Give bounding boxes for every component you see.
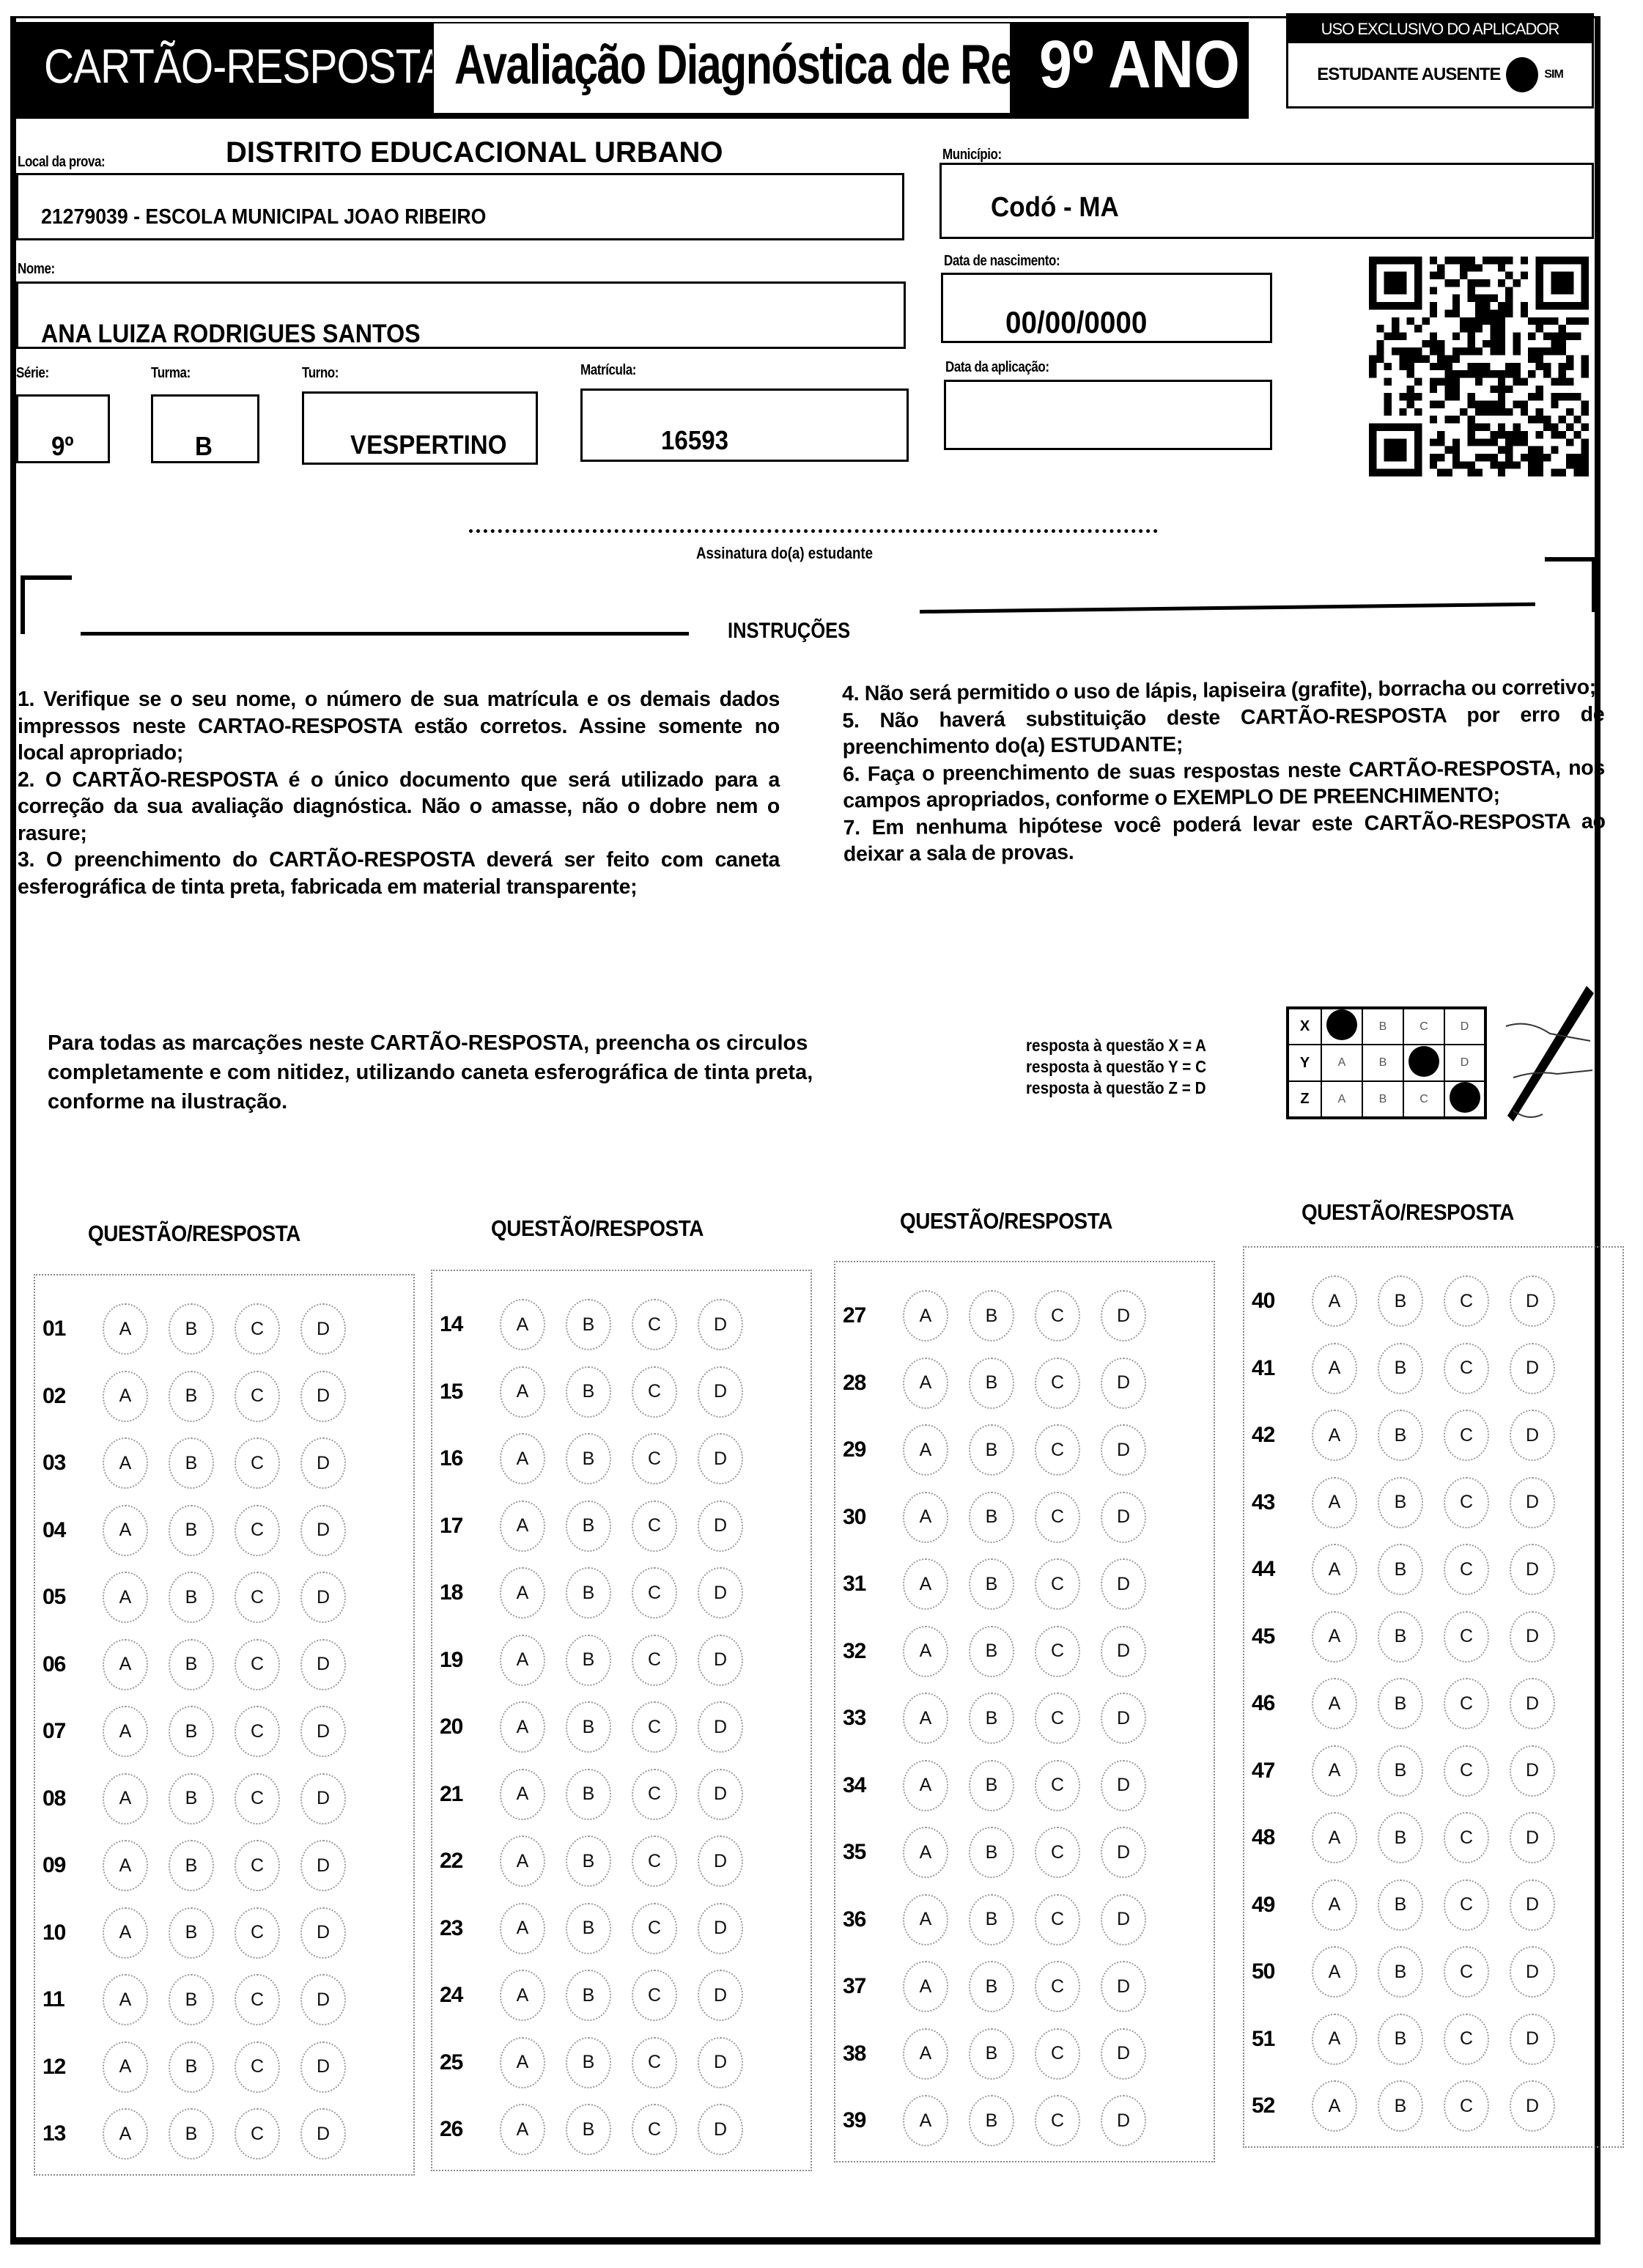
answer-bubble-b[interactable]: B [169, 1907, 214, 1959]
answer-bubble-b[interactable]: B [566, 1433, 611, 1484]
answer-bubble-a[interactable]: A [1312, 1879, 1357, 1931]
answer-bubble-d[interactable]: D [1101, 1358, 1146, 1409]
answer-bubble-c[interactable]: C [1035, 1492, 1080, 1543]
question-number: 15 [440, 1380, 500, 1404]
instructions-title: INSTRUÇÕES [728, 619, 850, 644]
answer-bubble-c[interactable]: C [1444, 1343, 1489, 1394]
question-number: 36 [843, 1907, 903, 1932]
answer-bubble-c[interactable]: C [1035, 1894, 1080, 1945]
answer-bubble-a[interactable]: A [500, 1970, 545, 2021]
answer-bubble-b[interactable]: B [1378, 1946, 1423, 1998]
answer-bubble-a[interactable]: A [500, 1567, 545, 1619]
answer-bubble-a[interactable]: A [500, 1635, 545, 1686]
example-option: B [1362, 1008, 1403, 1045]
answer-bubble-a[interactable]: A [500, 1769, 545, 1820]
question-number: 52 [1252, 2094, 1312, 2118]
answer-bubble-b[interactable]: B [969, 1760, 1014, 1811]
answer-bubble-c[interactable]: C [235, 1907, 280, 1959]
answer-bubble-a[interactable]: A [500, 1836, 545, 1887]
answer-bubble-d[interactable]: D [698, 1366, 743, 1418]
answer-bubble-a[interactable]: A [903, 1894, 948, 1945]
answer-bubble-d[interactable]: D [698, 1433, 743, 1484]
answer-bubble-c[interactable]: C [632, 1970, 677, 2021]
answer-bubble-a[interactable]: A [500, 1701, 545, 1753]
answer-bubble-b[interactable]: B [1378, 1745, 1423, 1797]
answer-bubble-d[interactable]: D [1510, 1879, 1555, 1931]
example-option [1444, 1081, 1485, 1118]
answer-bubble-a[interactable]: A [103, 1639, 148, 1690]
answer-bubble-c[interactable]: C [1035, 2028, 1080, 2080]
answer-bubble-d[interactable]: D [698, 1299, 743, 1350]
answer-bubble-d[interactable]: D [1510, 1275, 1555, 1327]
answer-bubble-a[interactable]: A [1312, 2080, 1357, 2132]
answer-bubble-c[interactable]: C [1444, 1678, 1489, 1729]
answer-bubble-d[interactable]: D [698, 1701, 743, 1753]
answer-bubble-c[interactable]: C [1444, 1946, 1489, 1998]
answer-bubble-b[interactable]: B [969, 1290, 1014, 1341]
question-row: 33ABCD [843, 1693, 1167, 1744]
answer-bubble-b[interactable]: B [969, 1492, 1014, 1543]
answer-bubble-b[interactable]: B [969, 1827, 1014, 1878]
serie-label: Série: [16, 365, 49, 382]
turno-value: VESPERTINO [350, 430, 506, 460]
absent-label: ESTUDANTE AUSENTE [1317, 65, 1500, 85]
example-option: A [1321, 1045, 1362, 1081]
answer-bubble-a[interactable]: A [500, 1299, 545, 1350]
question-number: 14 [440, 1312, 500, 1337]
answer-bubble-c[interactable]: C [632, 2104, 677, 2155]
question-number: 35 [843, 1840, 903, 1865]
answer-bubble-a[interactable]: A [500, 1903, 545, 1954]
answer-bubble-a[interactable]: A [903, 1961, 948, 2012]
question-row: 20ABCD [440, 1701, 764, 1753]
answer-bubble-c[interactable]: C [235, 2108, 280, 2160]
answer-bubble-c[interactable]: C [1035, 1760, 1080, 1811]
answer-bubble-a[interactable]: A [500, 1366, 545, 1418]
question-row: 38ABCD [843, 2028, 1167, 2080]
answer-bubble-b[interactable]: B [169, 1840, 214, 1891]
answer-bubble-a[interactable]: A [1312, 1678, 1357, 1729]
absent-option-label: SIM [1544, 68, 1562, 81]
answer-bubble-c[interactable]: C [632, 1903, 677, 1954]
answer-bubble-a[interactable]: A [103, 1437, 148, 1489]
answer-bubble-c[interactable]: C [1444, 1812, 1489, 1863]
question-number: 31 [843, 1572, 903, 1597]
answer-bubble-d[interactable]: D [300, 2108, 346, 2160]
example-option [1403, 1045, 1444, 1081]
answer-bubble-b[interactable]: B [969, 2095, 1014, 2146]
answer-bubble-c[interactable]: C [235, 2041, 280, 2093]
answer-bubble-a[interactable]: A [1312, 1410, 1357, 1461]
answer-bubble-b[interactable]: B [566, 1836, 611, 1887]
answer-bubble-b[interactable]: B [1378, 1275, 1423, 1327]
answer-bubble-c[interactable]: C [1444, 1745, 1489, 1797]
signature-line [469, 529, 1158, 533]
answer-bubble-b[interactable]: B [1378, 2080, 1423, 2132]
answer-bubble-d[interactable]: D [1510, 1343, 1555, 1394]
answer-bubble-b[interactable]: B [1378, 1812, 1423, 1863]
question-row: 30ABCD [843, 1492, 1167, 1543]
answer-bubble-d[interactable]: D [300, 1773, 346, 1825]
example-option-letter: C [1419, 1093, 1428, 1105]
filled-bubble-icon [1408, 1046, 1439, 1077]
question-row: 46ABCD [1252, 1678, 1576, 1729]
question-number: 51 [1252, 2027, 1312, 2052]
answer-bubble-c[interactable]: C [1035, 1424, 1080, 1476]
answer-bubble-b[interactable]: B [1378, 1410, 1423, 1461]
question-column-heading: QUESTÃO/RESPOSTA [900, 1208, 1112, 1234]
answer-bubble-a[interactable]: A [903, 1358, 948, 1409]
answer-bubble-d[interactable]: D [1101, 1760, 1146, 1811]
answer-bubble-c[interactable]: C [1035, 2095, 1080, 2146]
answer-bubble-d[interactable]: D [1510, 1410, 1555, 1461]
grade-label: 9º ANO [1039, 26, 1240, 103]
answer-bubble-b[interactable]: B [566, 1903, 611, 1954]
answer-bubble-a[interactable]: A [1312, 1544, 1357, 1595]
answer-bubble-b[interactable]: B [566, 1701, 611, 1753]
question-number: 27 [843, 1303, 903, 1328]
answer-bubble-b[interactable]: B [169, 1773, 214, 1825]
answer-bubble-c[interactable]: C [235, 1505, 280, 1556]
question-number: 42 [1252, 1423, 1312, 1448]
question-number: 04 [43, 1518, 103, 1543]
answer-bubble-d[interactable]: D [300, 1505, 346, 1556]
instruction-6: 6. Faça o preenchimento de suas resposta… [843, 754, 1606, 814]
answer-bubble-b[interactable]: B [1378, 1544, 1423, 1595]
answer-bubble-a[interactable]: A [1312, 1611, 1357, 1663]
answer-bubble-d[interactable]: D [300, 1639, 346, 1690]
answer-bubble-d[interactable]: D [1101, 1558, 1146, 1610]
answer-bubble-b[interactable]: B [169, 1437, 214, 1489]
filled-bubble-icon [1450, 1082, 1480, 1113]
answer-bubble-c[interactable]: C [235, 1371, 280, 1422]
answer-bubble-d[interactable]: D [1510, 1477, 1555, 1528]
question-row: 17ABCD [440, 1501, 764, 1552]
answer-bubble-b[interactable]: B [1378, 2014, 1423, 2065]
answer-bubble-d[interactable]: D [698, 1635, 743, 1686]
answer-bubble-a[interactable]: A [903, 1626, 948, 1677]
answer-bubble-a[interactable]: A [500, 2037, 545, 2088]
answer-bubble-d[interactable]: D [698, 1903, 743, 1954]
instructions-left: 1. Verifique se o seu nome, o número de … [18, 686, 780, 900]
answer-bubble-d[interactable]: D [1510, 1812, 1555, 1863]
answer-bubble-a[interactable]: A [1312, 1812, 1357, 1863]
answer-bubble-d[interactable]: D [300, 1974, 346, 2025]
question-number: 29 [843, 1437, 903, 1462]
answer-bubble-b[interactable]: B [566, 1567, 611, 1619]
answer-bubble-d[interactable]: D [1101, 1424, 1146, 1476]
answer-bubble-d[interactable]: D [1101, 1626, 1146, 1677]
instruction-7: 7. Em nenhuma hipótese você poderá levar… [843, 808, 1606, 868]
answer-bubble-d[interactable]: D [1101, 1290, 1146, 1341]
question-row: 31ABCD [843, 1558, 1167, 1610]
answer-bubble-c[interactable]: C [235, 1437, 280, 1489]
answer-bubble-a[interactable]: A [103, 2041, 148, 2093]
question-row: 47ABCD [1252, 1745, 1576, 1797]
answer-bubble-a[interactable]: A [1312, 1946, 1357, 1998]
question-row: 41ABCD [1252, 1343, 1576, 1394]
answer-bubble-c[interactable]: C [1035, 1558, 1080, 1610]
answer-bubble-c[interactable]: C [1444, 1611, 1489, 1663]
answer-bubble-c[interactable]: C [632, 1501, 677, 1552]
question-row: 49ABCD [1252, 1879, 1576, 1931]
answer-bubble-a[interactable]: A [103, 1371, 148, 1422]
answer-bubble-d[interactable]: D [1101, 1894, 1146, 1945]
answer-bubble-d[interactable]: D [1510, 1678, 1555, 1729]
answer-bubble-d[interactable]: D [698, 2037, 743, 2088]
example-row: ZABC [1288, 1081, 1485, 1118]
answer-bubble-c[interactable]: C [1035, 1290, 1080, 1341]
answer-bubble-b[interactable]: B [566, 2104, 611, 2155]
question-row: 24ABCD [440, 1970, 764, 2021]
question-row: 11ABCD [43, 1974, 366, 2025]
answer-bubble-c[interactable]: C [632, 1635, 677, 1686]
question-row: 45ABCD [1252, 1611, 1576, 1663]
answer-bubble-a[interactable]: A [500, 2104, 545, 2155]
answer-bubble-b[interactable]: B [969, 1894, 1014, 1945]
question-number: 45 [1252, 1624, 1312, 1649]
answer-bubble-c[interactable]: C [632, 1836, 677, 1887]
question-number: 50 [1252, 1959, 1312, 1984]
answer-bubble-c[interactable]: C [235, 1572, 280, 1623]
answer-bubble-a[interactable]: A [103, 1773, 148, 1825]
answer-bubble-c[interactable]: C [632, 1299, 677, 1350]
question-row: 40ABCD [1252, 1275, 1576, 1327]
answer-bubble-c[interactable]: C [632, 1769, 677, 1820]
example-option-letter: B [1379, 1020, 1387, 1033]
answer-bubble-a[interactable]: A [903, 1492, 948, 1543]
question-number: 13 [43, 2121, 103, 2146]
example-option-letter: D [1461, 1020, 1469, 1033]
answer-bubble-c[interactable]: C [1444, 2014, 1489, 2065]
example-row-label: Z [1288, 1081, 1321, 1118]
answer-bubble-d[interactable]: D [698, 1501, 743, 1552]
answer-bubble-d[interactable]: D [1101, 2028, 1146, 2080]
question-row: 18ABCD [440, 1567, 764, 1619]
answer-bubble-a[interactable]: A [903, 1290, 948, 1341]
answer-bubble-d[interactable]: D [300, 2041, 346, 2093]
answer-bubble-d[interactable]: D [1510, 1745, 1555, 1797]
question-row: 07ABCD [43, 1706, 366, 1757]
answer-bubble-a[interactable]: A [1312, 1477, 1357, 1528]
answer-bubble-b[interactable]: B [1378, 1477, 1423, 1528]
answer-bubble-d[interactable]: D [1510, 1544, 1555, 1595]
answer-bubble-b[interactable]: B [1378, 1879, 1423, 1931]
question-number: 49 [1252, 1893, 1312, 1918]
question-number: 16 [440, 1446, 500, 1471]
instruction-2: 2. O CARTÃO-RESPOSTA é o único documento… [18, 767, 780, 847]
example-option-letter: B [1379, 1056, 1387, 1069]
answer-bubble-b[interactable]: B [566, 1769, 611, 1820]
answer-bubble-d[interactable]: D [1101, 1492, 1146, 1543]
answer-bubble-a[interactable]: A [903, 1558, 948, 1610]
answer-bubble-c[interactable]: C [235, 1773, 280, 1825]
answer-bubble-c[interactable]: C [235, 1706, 280, 1757]
answer-bubble-d[interactable]: D [1101, 1827, 1146, 1878]
question-row: 22ABCD [440, 1836, 764, 1887]
answer-bubble-b[interactable]: B [969, 1626, 1014, 1677]
example-option: A [1321, 1081, 1362, 1118]
answer-bubble-a[interactable]: A [103, 1706, 148, 1757]
answer-bubble-d[interactable]: D [1101, 2095, 1146, 2146]
sheet-title: CARTÃO-RESPOSTA [44, 38, 444, 94]
answer-bubble-d[interactable]: D [1510, 2014, 1555, 2065]
answer-bubble-c[interactable]: C [1444, 1477, 1489, 1528]
answer-bubble-a[interactable]: A [103, 2108, 148, 2160]
answer-bubble-c[interactable]: C [1035, 1827, 1080, 1878]
answer-bubble-c[interactable]: C [1444, 1544, 1489, 1595]
answer-bubble-c[interactable]: C [632, 1567, 677, 1619]
answer-bubble-b[interactable]: B [169, 1639, 214, 1690]
answer-bubble-a[interactable]: A [103, 1974, 148, 2025]
question-number: 12 [43, 2055, 103, 2080]
example-row: XBCD [1288, 1008, 1485, 1045]
answer-bubble-a[interactable]: A [103, 1907, 148, 1959]
answer-bubble-d[interactable]: D [300, 1371, 346, 1422]
answer-bubble-c[interactable]: C [632, 1701, 677, 1753]
answer-bubble-a[interactable]: A [903, 1760, 948, 1811]
answer-bubble-d[interactable]: D [698, 1567, 743, 1619]
answer-bubble-d[interactable]: D [300, 1437, 346, 1489]
question-row: 04ABCD [43, 1505, 366, 1556]
corner-mark-top-right [1545, 557, 1596, 612]
answer-bubble-d[interactable]: D [698, 1836, 743, 1887]
answer-bubble-b[interactable]: B [169, 1572, 214, 1623]
answer-bubble-b[interactable]: B [169, 1371, 214, 1422]
pen-hand-illustration-icon [1484, 982, 1594, 1144]
question-number: 08 [43, 1786, 103, 1811]
answer-bubble-a[interactable]: A [903, 2028, 948, 2080]
instructions-right: 4. Não será permitido o uso de lápis, la… [842, 674, 1606, 868]
answer-bubble-a[interactable]: A [1312, 1343, 1357, 1394]
answer-bubble-d[interactable]: D [1510, 1611, 1555, 1663]
answer-bubble-c[interactable]: C [1444, 2080, 1489, 2132]
answer-bubble-a[interactable]: A [903, 1424, 948, 1476]
answer-bubble-c[interactable]: C [1444, 1879, 1489, 1931]
answer-bubble-d[interactable]: D [698, 1970, 743, 2021]
answer-bubble-c[interactable]: C [632, 1366, 677, 1418]
answer-bubble-d[interactable]: D [1510, 1946, 1555, 1998]
answer-bubble-a[interactable]: A [103, 1840, 148, 1891]
answer-bubble-c[interactable]: C [235, 1639, 280, 1690]
answer-bubble-b[interactable]: B [566, 1501, 611, 1552]
question-number: 47 [1252, 1759, 1312, 1783]
answer-bubble-d[interactable]: D [1101, 1693, 1146, 1744]
filled-bubble-icon [1326, 1009, 1357, 1040]
answer-bubble-c[interactable]: C [1035, 1961, 1080, 2012]
answer-bubble-d[interactable]: D [698, 1769, 743, 1820]
answer-bubble-a[interactable]: A [903, 2095, 948, 2146]
answer-bubble-c[interactable]: C [235, 1840, 280, 1891]
answer-bubble-d[interactable]: D [300, 1840, 346, 1891]
question-row: 16ABCD [440, 1433, 764, 1484]
answer-bubble-b[interactable]: B [566, 1299, 611, 1350]
nome-value: ANA LUIZA RODRIGUES SANTOS [41, 320, 421, 349]
question-row: 28ABCD [843, 1358, 1167, 1409]
turma-value: B [195, 431, 213, 462]
example-option-letter: C [1419, 1020, 1428, 1033]
answer-bubble-c[interactable]: C [1035, 1358, 1080, 1409]
answer-bubble-b[interactable]: B [169, 2041, 214, 2093]
question-number: 23 [440, 1916, 500, 1941]
question-row: 09ABCD [43, 1840, 366, 1891]
answer-bubble-a[interactable]: A [500, 1433, 545, 1484]
answer-bubble-b[interactable]: B [566, 1970, 611, 2021]
answer-bubble-d[interactable]: D [300, 1706, 346, 1757]
answer-bubble-a[interactable]: A [903, 1693, 948, 1744]
answer-bubble-c[interactable]: C [632, 1433, 677, 1484]
answer-bubble-a[interactable]: A [903, 1827, 948, 1878]
answer-bubble-d[interactable]: D [698, 2104, 743, 2155]
question-column-heading: QUESTÃO/RESPOSTA [1302, 1199, 1514, 1226]
answer-bubble-b[interactable]: B [169, 1505, 214, 1556]
answer-bubble-b[interactable]: B [969, 1961, 1014, 2012]
answer-bubble-a[interactable]: A [500, 1501, 545, 1552]
question-row: 48ABCD [1252, 1812, 1576, 1863]
example-option [1321, 1008, 1362, 1045]
local-label: Local da prova: [18, 154, 105, 171]
question-number: 22 [440, 1849, 500, 1874]
municipio-value: Codó - MA [991, 192, 1119, 224]
answer-bubble-b[interactable]: B [169, 2108, 214, 2160]
aplicacao-label: Data da aplicação: [945, 359, 1049, 376]
question-row: 19ABCD [440, 1635, 764, 1686]
answer-bubble-c[interactable]: C [1035, 1626, 1080, 1677]
answer-bubble-b[interactable]: B [969, 2028, 1014, 2080]
answer-bubble-d[interactable]: D [300, 1572, 346, 1623]
answer-bubble-c[interactable]: C [1444, 1410, 1489, 1461]
answer-bubble-b[interactable]: B [1378, 1678, 1423, 1729]
answer-bubble-a[interactable]: A [103, 1505, 148, 1556]
example-option: C [1403, 1081, 1444, 1118]
answer-bubble-d[interactable]: D [1510, 2080, 1555, 2132]
answer-bubble-b[interactable]: B [969, 1424, 1014, 1476]
answer-bubble-d[interactable]: D [1101, 1961, 1146, 2012]
answer-bubble-d[interactable]: D [300, 1907, 346, 1959]
nascimento-value: 00/00/0000 [1005, 305, 1147, 340]
absent-bubble[interactable] [1506, 57, 1538, 92]
answer-bubble-b[interactable]: B [969, 1693, 1014, 1744]
school-value: 21279039 - ESCOLA MUNICIPAL JOAO RIBEIRO [41, 205, 486, 229]
example-option-letter: D [1461, 1056, 1469, 1069]
answer-bubble-a[interactable]: A [103, 1303, 148, 1355]
question-number: 28 [843, 1371, 903, 1396]
applicator-box: USO EXCLUSIVO DO APLICADOR ESTUDANTE AUS… [1286, 13, 1594, 108]
answer-bubble-b[interactable]: B [969, 1358, 1014, 1409]
example-row: YABD [1288, 1045, 1485, 1081]
answer-bubble-b[interactable]: B [969, 1558, 1014, 1610]
answer-bubble-b[interactable]: B [566, 1366, 611, 1418]
question-number: 19 [440, 1648, 500, 1673]
answer-bubble-b[interactable]: B [169, 1974, 214, 2025]
answer-bubble-b[interactable]: B [1378, 1343, 1423, 1394]
answer-bubble-b[interactable]: B [169, 1706, 214, 1757]
answer-bubble-c[interactable]: C [1444, 1275, 1489, 1327]
answer-bubble-a[interactable]: A [1312, 1275, 1357, 1327]
answer-bubble-b[interactable]: B [1378, 1611, 1423, 1663]
answer-bubble-c[interactable]: C [235, 1974, 280, 2025]
answer-bubble-c[interactable]: C [1035, 1693, 1080, 1744]
answer-bubble-d[interactable]: D [300, 1303, 346, 1355]
answer-bubble-a[interactable]: A [1312, 2014, 1357, 2065]
answer-bubble-b[interactable]: B [566, 1635, 611, 1686]
answer-bubble-c[interactable]: C [235, 1303, 280, 1355]
answer-bubble-b[interactable]: B [566, 2037, 611, 2088]
answer-bubble-a[interactable]: A [1312, 1745, 1357, 1797]
answer-bubble-b[interactable]: B [169, 1303, 214, 1355]
answer-bubble-c[interactable]: C [632, 2037, 677, 2088]
answer-bubble-a[interactable]: A [103, 1572, 148, 1623]
